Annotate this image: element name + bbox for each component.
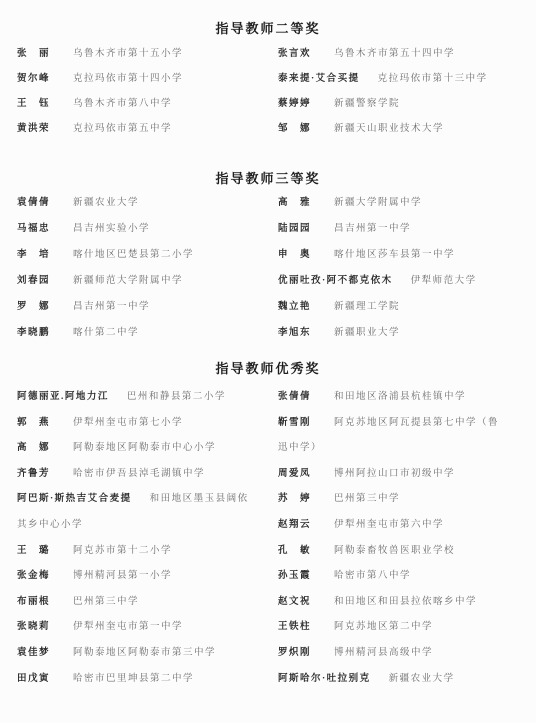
- teacher-name: 周爱凤: [278, 462, 334, 488]
- awardee-row: 罗炽刚博州精河县高级中学: [278, 641, 506, 667]
- teacher-name: 布丽根: [17, 590, 73, 616]
- teacher-name: 张金梅: [17, 564, 73, 590]
- teacher-name: 孔 敏: [278, 539, 334, 565]
- awardee-row: 张倩倩和田地区洛浦县杭桂镇中学: [278, 385, 506, 411]
- teacher-name: 贺尔峰: [17, 67, 73, 92]
- teacher-name: 优丽吐孜·阿不都克依木: [278, 268, 411, 294]
- teacher-name: 苏 婷: [278, 487, 334, 513]
- awardee-row: 袁佳梦阿勒泰地区阿勒泰市第三中学: [17, 641, 257, 667]
- section-title: 指导教师优秀奖: [0, 360, 536, 378]
- school-name: 昌吉州第一中学: [334, 224, 411, 234]
- teacher-name: 王 钰: [17, 92, 73, 117]
- awardee-row: 阿巴斯·斯热吉艾合麦提和田地区墨玉县阔依其乡中心小学: [17, 487, 257, 538]
- school-name: 伊犁州奎屯市第一中学: [73, 622, 183, 632]
- teacher-name: 赵翔云: [278, 513, 334, 539]
- school-name: 新疆农业大学: [389, 674, 455, 684]
- awardee-row: 阿德丽亚.阿地力江巴州和静县第二小学: [17, 385, 257, 411]
- school-name: 乌鲁木齐市第八中学: [73, 99, 172, 109]
- award-section: 指导教师三等奖袁倩倩新疆农业大学马福忠昌吉州实验小学李 培喀什地区巴楚县第二小学…: [0, 170, 536, 346]
- awardee-row: 王 璐阿克苏市第十二小学: [17, 539, 257, 565]
- teacher-name: 泰来提·艾合买提: [278, 67, 378, 92]
- school-name: 乌鲁木齐市第十五小学: [73, 49, 183, 59]
- teacher-name: 申 奥: [278, 242, 334, 268]
- school-name: 克拉玛依市第五中学: [73, 124, 172, 134]
- awardee-row: 蔡婷婷新疆警察学院: [278, 92, 506, 117]
- school-name: 巴州第三中学: [73, 597, 139, 607]
- school-name: 新疆天山职业技术大学: [334, 124, 444, 134]
- awardee-row: 高 娜阿勒泰地区阿勒泰市中心小学: [17, 436, 257, 462]
- teacher-name: 阿斯哈尔·吐拉别克: [278, 667, 389, 693]
- awardee-row: 罗 娜昌吉州第一中学: [17, 294, 257, 320]
- awardee-row: 魏立艳新疆理工学院: [278, 294, 506, 320]
- awardee-row: 孔 敏阿勒泰畜牧兽医职业学校: [278, 539, 506, 565]
- school-name: 巴州和静县第二小学: [127, 392, 226, 402]
- award-section: 指导教师优秀奖阿德丽亚.阿地力江巴州和静县第二小学郭 燕伊犁州奎屯市第七小学高 …: [0, 360, 536, 692]
- left-column: 张 丽乌鲁木齐市第十五小学贺尔峰克拉玛依市第十四小学王 钰乌鲁木齐市第八中学黄洪…: [17, 42, 257, 142]
- school-name: 伊犁州奎屯市第七小学: [73, 418, 183, 428]
- teacher-name: 高 娜: [17, 436, 73, 462]
- teacher-name: 张 丽: [17, 42, 73, 67]
- awardee-row: 贺尔峰克拉玛依市第十四小学: [17, 67, 257, 92]
- school-name: 伊犁州奎屯市第六中学: [334, 520, 444, 530]
- school-name: 克拉玛依市第十三中学: [378, 74, 488, 84]
- teacher-name: 蔡婷婷: [278, 92, 334, 117]
- awardee-row: 田戊寅哈密市巴里坤县第二中学: [17, 667, 257, 693]
- award-document-page: 指导教师二等奖张 丽乌鲁木齐市第十五小学贺尔峰克拉玛依市第十四小学王 钰乌鲁木齐…: [0, 0, 536, 723]
- awardee-row: 邹 娜新疆天山职业技术大学: [278, 117, 506, 142]
- teacher-name: 刘春园: [17, 268, 73, 294]
- awardee-row: 赵文祝和田地区和田县拉依喀乡中学: [278, 590, 506, 616]
- awardee-row: 布丽根巴州第三中学: [17, 590, 257, 616]
- awardee-row: 泰来提·艾合买提克拉玛依市第十三中学: [278, 67, 506, 92]
- teacher-name: 张倩倩: [278, 385, 334, 411]
- school-name: 新疆师范大学附属中学: [73, 276, 183, 286]
- school-name: 昌吉州实验小学: [73, 224, 150, 234]
- school-name: 阿克苏市第十二小学: [73, 546, 172, 556]
- awardee-row: 靳雪刚阿克苏地区阿瓦提县第七中学（鲁迅中学）: [278, 411, 506, 462]
- teacher-name: 王 璐: [17, 539, 73, 565]
- teacher-name: 阿巴斯·斯热吉艾合麦提: [17, 487, 150, 513]
- teacher-name: 马福忠: [17, 216, 73, 242]
- left-column: 阿德丽亚.阿地力江巴州和静县第二小学郭 燕伊犁州奎屯市第七小学高 娜阿勒泰地区阿…: [17, 385, 257, 692]
- awardee-row: 张晓莉伊犁州奎屯市第一中学: [17, 615, 257, 641]
- school-name: 阿勒泰地区阿勒泰市中心小学: [73, 443, 216, 453]
- school-name: 博州精河县第一小学: [73, 571, 172, 581]
- teacher-name: 陆园园: [278, 216, 334, 242]
- teacher-name: 袁佳梦: [17, 641, 73, 667]
- awardee-row: 李旭东新疆职业大学: [278, 320, 506, 346]
- awardee-row: 李晓鹏喀什第二中学: [17, 320, 257, 346]
- school-name: 伊犁师范大学: [411, 276, 477, 286]
- awardee-row: 苏 婷巴州第三中学: [278, 487, 506, 513]
- awardee-row: 张金梅博州精河县第一小学: [17, 564, 257, 590]
- teacher-name: 齐鲁芳: [17, 462, 73, 488]
- two-column-list: 袁倩倩新疆农业大学马福忠昌吉州实验小学李 培喀什地区巴楚县第二小学刘春园新疆师范…: [0, 190, 536, 346]
- teacher-name: 高 雅: [278, 190, 334, 216]
- school-name: 和田地区和田县拉依喀乡中学: [334, 597, 477, 607]
- school-name: 博州精河县高级中学: [334, 648, 433, 658]
- awardee-row: 阿斯哈尔·吐拉别克新疆农业大学: [278, 667, 506, 693]
- left-column: 袁倩倩新疆农业大学马福忠昌吉州实验小学李 培喀什地区巴楚县第二小学刘春园新疆师范…: [17, 190, 257, 346]
- teacher-name: 郭 燕: [17, 411, 73, 437]
- awardee-row: 李 培喀什地区巴楚县第二小学: [17, 242, 257, 268]
- awardee-row: 张 丽乌鲁木齐市第十五小学: [17, 42, 257, 67]
- school-name: 新疆职业大学: [334, 328, 400, 338]
- awardee-row: 袁倩倩新疆农业大学: [17, 190, 257, 216]
- awardee-row: 郭 燕伊犁州奎屯市第七小学: [17, 411, 257, 437]
- school-name: 哈密市第八中学: [334, 571, 411, 581]
- teacher-name: 罗 娜: [17, 294, 73, 320]
- school-name: 新疆理工学院: [334, 302, 400, 312]
- teacher-name: 袁倩倩: [17, 190, 73, 216]
- two-column-list: 张 丽乌鲁木齐市第十五小学贺尔峰克拉玛依市第十四小学王 钰乌鲁木齐市第八中学黄洪…: [0, 42, 536, 142]
- school-name: 新疆大学附属中学: [334, 198, 422, 208]
- award-sections-container: 指导教师二等奖张 丽乌鲁木齐市第十五小学贺尔峰克拉玛依市第十四小学王 钰乌鲁木齐…: [0, 20, 536, 692]
- school-name: 哈密市巴里坤县第二中学: [73, 674, 194, 684]
- awardee-row: 高 雅新疆大学附属中学: [278, 190, 506, 216]
- teacher-name: 邹 娜: [278, 117, 334, 142]
- awardee-row: 赵翔云伊犁州奎屯市第六中学: [278, 513, 506, 539]
- awardee-row: 黄洪荣克拉玛依市第五中学: [17, 117, 257, 142]
- awardee-row: 王 钰乌鲁木齐市第八中学: [17, 92, 257, 117]
- school-name: 克拉玛依市第十四小学: [73, 74, 183, 84]
- school-name: 巴州第三中学: [334, 494, 400, 504]
- right-column: 张倩倩和田地区洛浦县杭桂镇中学靳雪刚阿克苏地区阿瓦提县第七中学（鲁迅中学）周爱凤…: [278, 385, 506, 692]
- section-title: 指导教师二等奖: [0, 20, 536, 38]
- awardee-row: 优丽吐孜·阿不都克依木伊犁师范大学: [278, 268, 506, 294]
- right-column: 高 雅新疆大学附属中学陆园园昌吉州第一中学申 奥喀什地区莎车县第一中学优丽吐孜·…: [278, 190, 506, 346]
- teacher-name: 赵文祝: [278, 590, 334, 616]
- awardee-row: 齐鲁芳哈密市伊吾县淖毛湖镇中学: [17, 462, 257, 488]
- teacher-name: 张言欢: [278, 42, 334, 67]
- school-name: 阿勒泰地区阿勒泰市第三中学: [73, 648, 216, 658]
- section-title: 指导教师三等奖: [0, 170, 536, 188]
- awardee-row: 周爱凤博州阿拉山口市初级中学: [278, 462, 506, 488]
- school-name: 阿勒泰畜牧兽医职业学校: [334, 546, 455, 556]
- teacher-name: 李 培: [17, 242, 73, 268]
- awardee-row: 张言欢乌鲁木齐市第五十四中学: [278, 42, 506, 67]
- awardee-row: 陆园园昌吉州第一中学: [278, 216, 506, 242]
- school-name: 新疆农业大学: [73, 198, 139, 208]
- teacher-name: 黄洪荣: [17, 117, 73, 142]
- teacher-name: 阿德丽亚.阿地力江: [17, 385, 127, 411]
- school-name: 博州阿拉山口市初级中学: [334, 469, 455, 479]
- school-name: 和田地区洛浦县杭桂镇中学: [334, 392, 466, 402]
- two-column-list: 阿德丽亚.阿地力江巴州和静县第二小学郭 燕伊犁州奎屯市第七小学高 娜阿勒泰地区阿…: [0, 385, 536, 692]
- awardee-row: 马福忠昌吉州实验小学: [17, 216, 257, 242]
- school-name: 阿克苏地区第二中学: [334, 622, 433, 632]
- awardee-row: 孙玉霞哈密市第八中学: [278, 564, 506, 590]
- school-name: 喀什地区巴楚县第二小学: [73, 250, 194, 260]
- awardee-row: 刘春园新疆师范大学附属中学: [17, 268, 257, 294]
- teacher-name: 魏立艳: [278, 294, 334, 320]
- teacher-name: 李晓鹏: [17, 320, 73, 346]
- teacher-name: 罗炽刚: [278, 641, 334, 667]
- school-name: 新疆警察学院: [334, 99, 400, 109]
- school-name: 哈密市伊吾县淖毛湖镇中学: [73, 469, 205, 479]
- school-name: 喀什第二中学: [73, 328, 139, 338]
- teacher-name: 孙玉霞: [278, 564, 334, 590]
- school-name: 乌鲁木齐市第五十四中学: [334, 49, 455, 59]
- award-section: 指导教师二等奖张 丽乌鲁木齐市第十五小学贺尔峰克拉玛依市第十四小学王 钰乌鲁木齐…: [0, 20, 536, 142]
- right-column: 张言欢乌鲁木齐市第五十四中学泰来提·艾合买提克拉玛依市第十三中学蔡婷婷新疆警察学…: [278, 42, 506, 142]
- awardee-row: 申 奥喀什地区莎车县第一中学: [278, 242, 506, 268]
- school-name: 喀什地区莎车县第一中学: [334, 250, 455, 260]
- teacher-name: 李旭东: [278, 320, 334, 346]
- awardee-row: 王铁柱阿克苏地区第二中学: [278, 615, 506, 641]
- teacher-name: 张晓莉: [17, 615, 73, 641]
- teacher-name: 靳雪刚: [278, 411, 334, 437]
- teacher-name: 田戊寅: [17, 667, 73, 693]
- teacher-name: 王铁柱: [278, 615, 334, 641]
- school-name: 昌吉州第一中学: [73, 302, 150, 312]
